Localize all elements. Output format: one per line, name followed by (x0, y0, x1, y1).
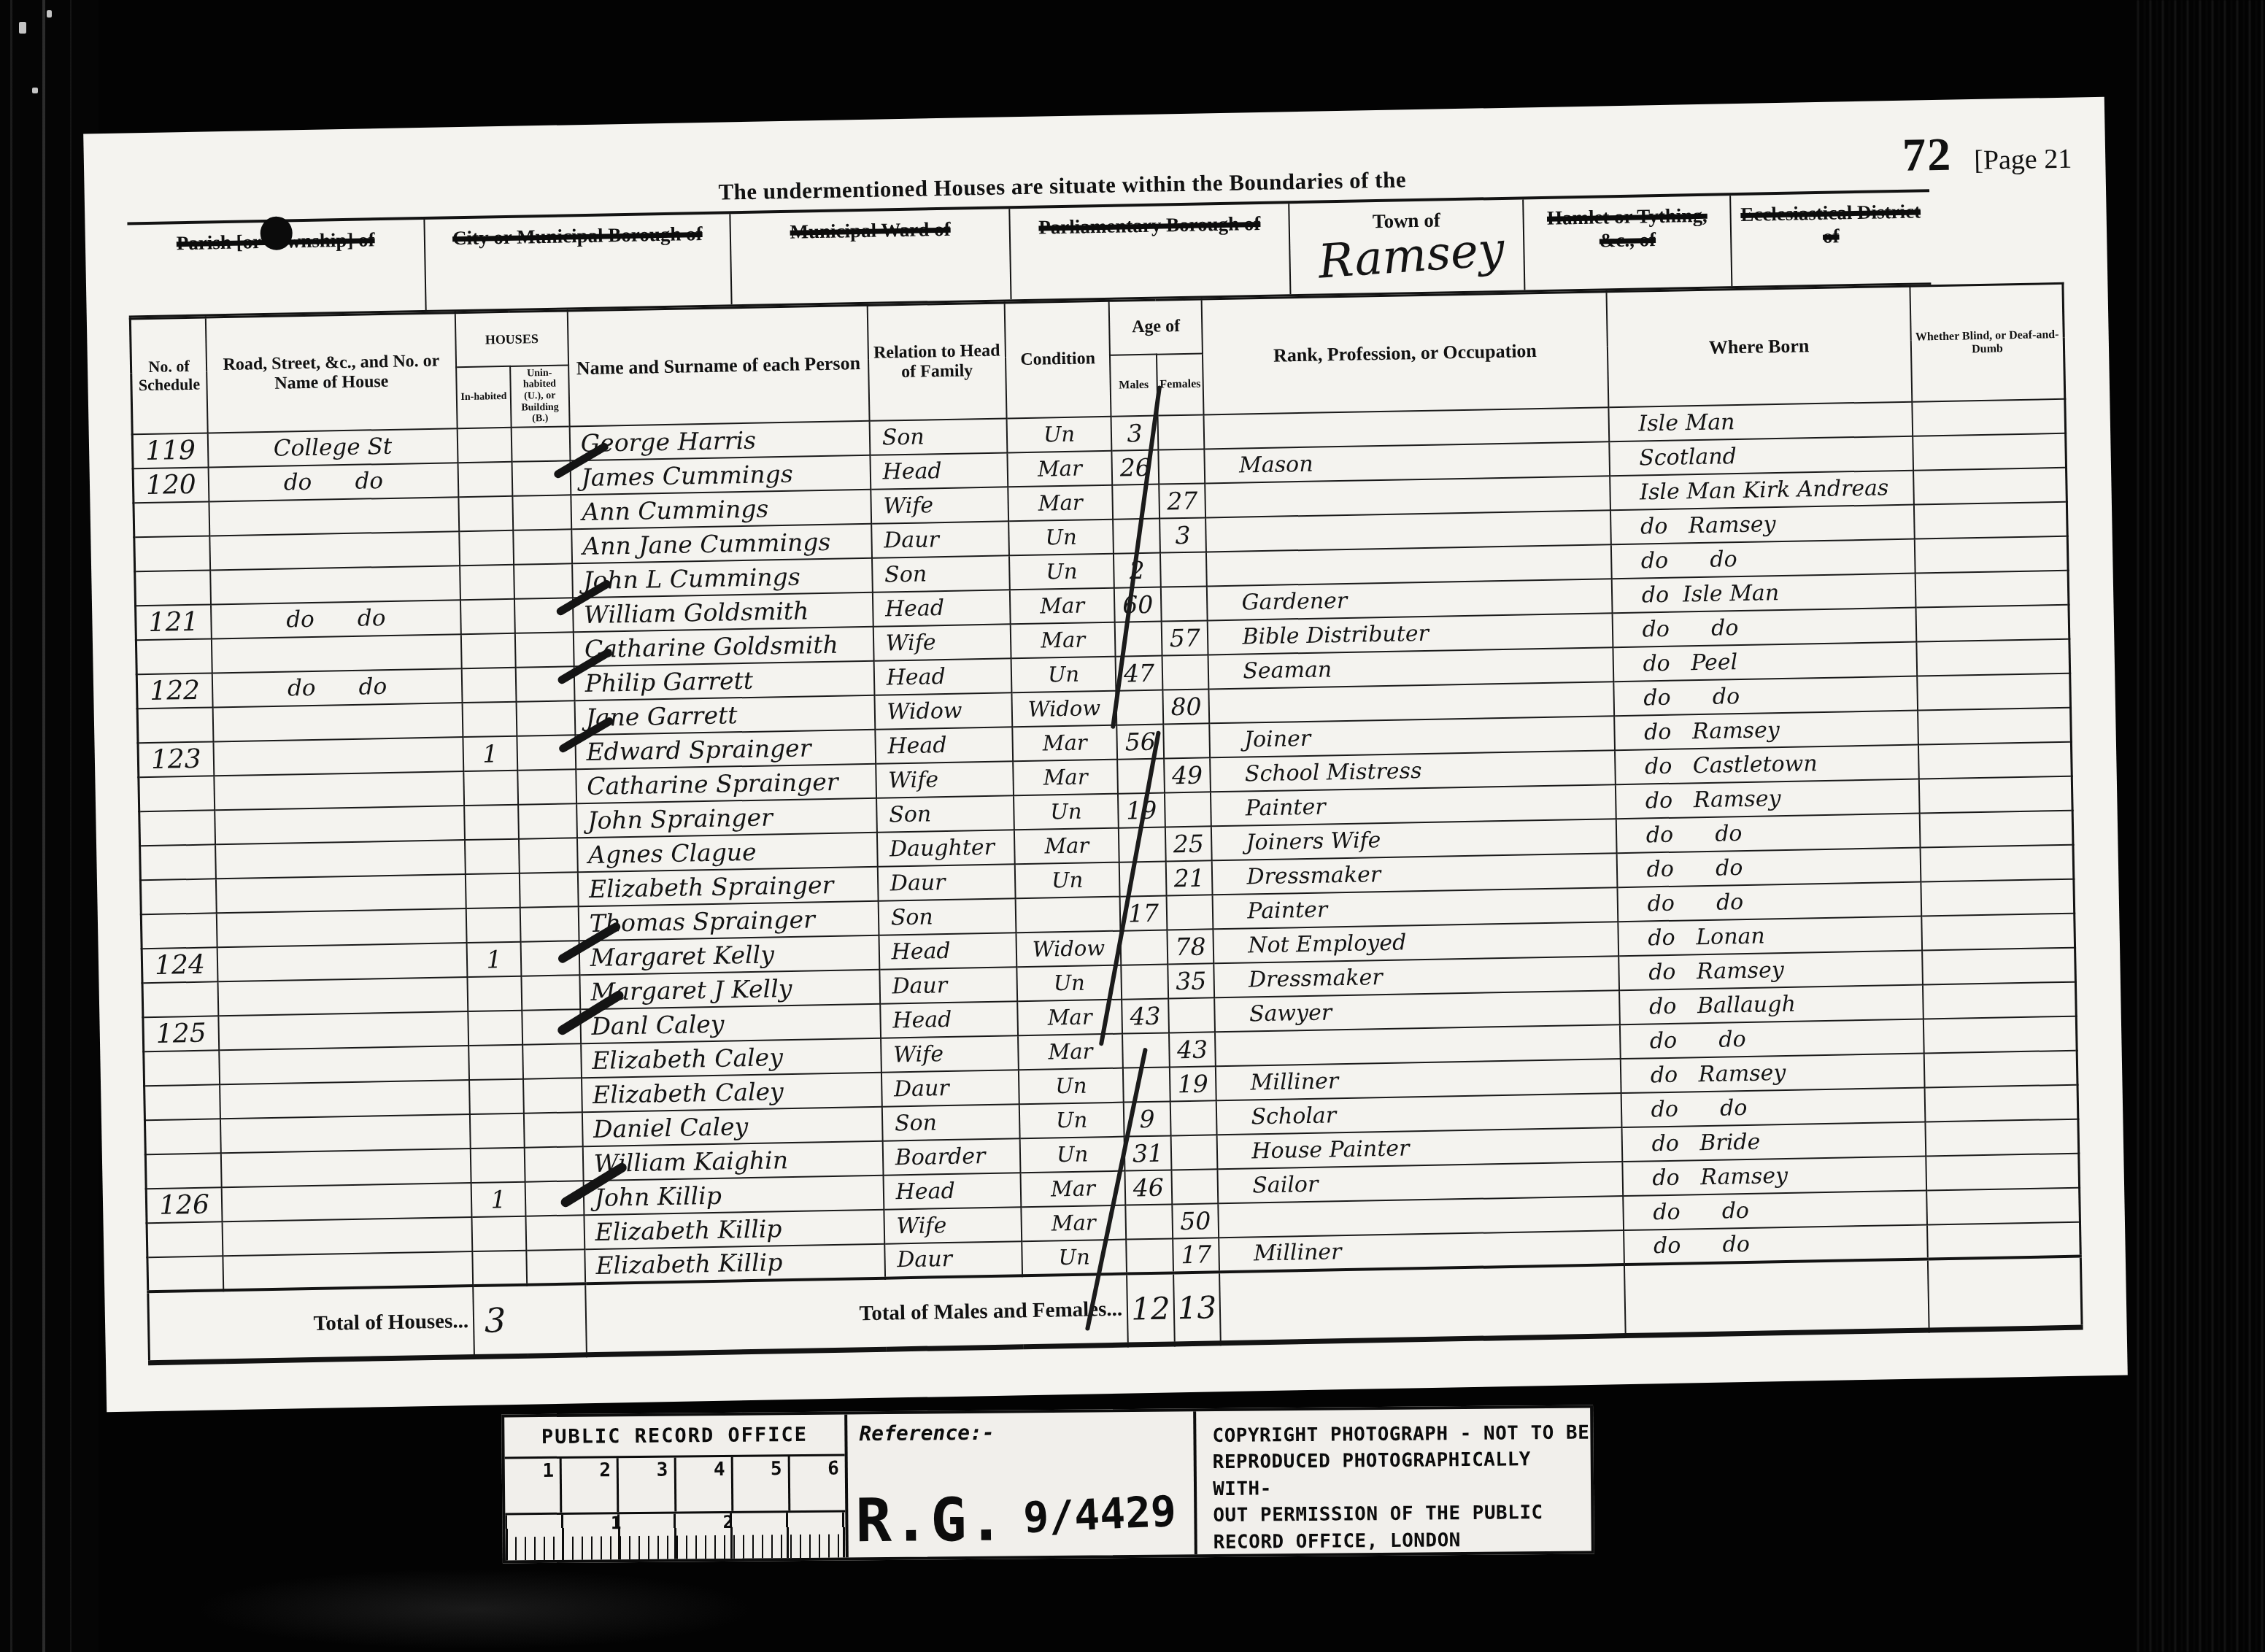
cell-where-born: do Ballaugh (1619, 984, 1923, 1024)
cell-road: do do (212, 668, 463, 707)
cell-age-male: 43 (1122, 998, 1168, 1033)
reference-piece: 9/4429 (1022, 1486, 1177, 1543)
cell-relation: Head (880, 1001, 1018, 1038)
col-road: Road, Street, &c., and No. or Name of Ho… (206, 313, 458, 433)
cell-relation: Head (875, 727, 1013, 763)
cell-relation: Boarder (882, 1138, 1020, 1175)
cell-age-female (1165, 792, 1211, 827)
cell-blind (1917, 673, 2070, 711)
cell-road (210, 566, 460, 604)
cell-relation: Widow (874, 692, 1012, 729)
cell-blind (1926, 1188, 2080, 1225)
cell-schedule (134, 536, 210, 571)
cell-where-born: do Ramsey (1620, 1053, 1924, 1093)
cell-uninhabited (519, 838, 577, 873)
cell-where-born: do do (1616, 813, 1920, 853)
cell-age-male (1122, 1032, 1169, 1068)
cell-relation: Head (873, 658, 1011, 695)
cell-uninhabited (521, 941, 579, 976)
cell-age-male: 2 (1114, 552, 1160, 587)
cell-condition: Mar (1020, 1170, 1125, 1207)
cell-condition: Mar (1007, 451, 1112, 487)
cell-relation: Head (873, 590, 1011, 626)
cell-condition: Widow (1016, 931, 1121, 968)
cell-relation: Son (878, 898, 1016, 935)
page-number-label: [Page 21 (1974, 144, 2072, 176)
cell-relation: Wife (884, 1207, 1022, 1243)
cell-uninhabited (527, 1249, 585, 1284)
cell-where-born: do Isle Man (1611, 573, 1915, 613)
cell-name: Daniel Caley (582, 1107, 883, 1147)
cell-inhabited (468, 1045, 523, 1080)
cell-uninhabited (513, 495, 571, 530)
cell-condition: Mar (1018, 1033, 1123, 1070)
cell-uninhabited (523, 1078, 582, 1113)
cell-where-born: do do (1620, 1019, 1924, 1059)
cell-inhabited (466, 873, 520, 908)
cell-road (212, 634, 462, 673)
pro-office-name: PUBLIC RECORD OFFICE (504, 1414, 844, 1456)
cell-schedule: 121 (136, 604, 212, 640)
cell-road: College St (208, 428, 458, 467)
col-inhabited: In-habited (456, 366, 512, 428)
cell-relation: Son (876, 795, 1014, 832)
cell-relation: Daur (884, 1241, 1022, 1278)
cell-uninhabited (514, 563, 572, 598)
cell-age-female: 43 (1169, 1032, 1216, 1067)
cell-inhabited (458, 428, 512, 463)
cell-schedule: 125 (143, 1016, 219, 1051)
cell-uninhabited (522, 1043, 581, 1078)
cell-age-male: 17 (1120, 895, 1167, 930)
cell-name: Elizabeth Caley (582, 1073, 882, 1113)
cell-uninhabited (518, 803, 576, 838)
cell-name: Elizabeth Sprainger (578, 867, 879, 907)
cell-name: Elizabeth Caley (581, 1038, 881, 1078)
cell-blind (1912, 399, 2065, 436)
cell-age-female (1170, 1100, 1217, 1135)
cell-road (217, 943, 468, 981)
cell-age-male (1116, 690, 1163, 725)
cell-inhabited (471, 1216, 526, 1251)
cell-blind (1920, 845, 2073, 882)
cell-schedule (144, 1119, 220, 1154)
cell-age-female (1158, 449, 1205, 484)
cell-relation: Wife (881, 1035, 1019, 1072)
ruler-inches: 1 2 3 4 5 6 (505, 1454, 846, 1515)
cell-uninhabited (524, 1112, 582, 1147)
cell-inhabited: 1 (463, 736, 517, 771)
cell-relation: Wife (873, 624, 1011, 660)
cell-age-female: 3 (1159, 517, 1206, 552)
cell-name: George Harris (569, 421, 870, 461)
cell-inhabited (458, 462, 512, 497)
cell-condition: Mar (1014, 828, 1119, 865)
cell-blind (1918, 708, 2071, 745)
cell-uninhabited (522, 1009, 580, 1044)
cell-age-male: 60 (1114, 587, 1161, 622)
cell-uninhabited (517, 735, 576, 770)
cell-inhabited (465, 839, 520, 874)
total-mf-label: Total of Males and Females... (585, 1273, 1128, 1355)
cell-road (212, 703, 463, 741)
cell-schedule (135, 570, 211, 606)
cell-schedule: 123 (138, 741, 214, 777)
col-houses: HOUSES (455, 311, 568, 367)
cell-road (209, 497, 459, 536)
field-municipal-ward: Municipal Ward of (731, 209, 1012, 304)
cell-uninhabited (513, 529, 571, 564)
cell-uninhabited (512, 426, 570, 461)
cell-uninhabited (525, 1181, 584, 1216)
cell-blind (1914, 502, 2067, 539)
field-ecclesiastical-district: Ecclesiastical District of (1731, 192, 1931, 286)
cell-condition: Un (1008, 520, 1114, 556)
cell-age-female: 49 (1164, 757, 1211, 792)
cell-schedule (139, 776, 215, 811)
cell-age-male (1117, 758, 1164, 793)
cell-schedule (134, 501, 209, 537)
cell-where-born: do do (1613, 676, 1918, 716)
cell-inhabited (460, 565, 514, 600)
cell-age-male: 26 (1112, 449, 1159, 485)
cell-blind (1918, 742, 2072, 779)
cell-road (215, 840, 466, 879)
cell-schedule (136, 638, 212, 674)
cell-condition: Widow (1011, 691, 1116, 727)
field-hamlet: Hamlet or Tything, &c., of (1524, 196, 1732, 290)
cell-schedule: 122 (136, 673, 212, 709)
film-speck (19, 22, 26, 34)
cell-age-male (1119, 827, 1165, 862)
cell-inhabited (463, 702, 517, 737)
cell-condition: Un (1015, 862, 1120, 899)
cell-road (220, 1114, 471, 1153)
cell-inhabited (471, 1148, 525, 1183)
cell-inhabited (466, 908, 521, 943)
cell-inhabited (462, 668, 517, 703)
cell-inhabited (459, 530, 514, 566)
cell-road: do do (208, 463, 458, 501)
cell-age-male (1113, 518, 1159, 553)
cell-uninhabited (520, 872, 578, 907)
cell-uninhabited (526, 1215, 584, 1250)
cell-age-male (1112, 484, 1159, 519)
col-age: Age of (1109, 299, 1203, 355)
pro-office-box: PUBLIC RECORD OFFICE 1 2 3 4 5 6 1 2 (504, 1414, 849, 1560)
cell-blind (1920, 811, 2073, 848)
cell-inhabited (469, 1079, 524, 1114)
cell-inhabited (461, 633, 516, 668)
col-blind: Whether Blind, or Deaf-and-Dumb (1910, 283, 2064, 401)
cell-blind (1926, 1154, 2079, 1191)
cell-schedule (142, 981, 218, 1017)
cell-age-female (1161, 586, 1208, 621)
field-municipal-borough: City or Municipal Borough of (425, 214, 733, 310)
field-town: Town of Ramsey (1289, 199, 1525, 294)
film-speck (47, 10, 52, 18)
cell-schedule (137, 707, 213, 743)
cell-relation: Daur (877, 864, 1015, 900)
cell-uninhabited (525, 1146, 583, 1181)
cell-where-born: do do (1610, 539, 1915, 579)
cell-age-female (1160, 552, 1207, 587)
cell-name: William Kaighin (582, 1141, 883, 1181)
col-born: Where Born (1606, 286, 1912, 407)
cell-age-female (1163, 723, 1210, 758)
cell-where-born: do Lonan (1618, 916, 1922, 956)
cell-name: James Cummings (570, 455, 871, 495)
cell-schedule (139, 810, 215, 846)
cell-road (216, 874, 466, 913)
cell-where-born: do Castletown (1615, 744, 1919, 784)
cell-age-male: 47 (1116, 655, 1162, 690)
cell-blind (1925, 1119, 2078, 1157)
cell-condition: Un (1019, 1102, 1124, 1138)
cell-road (220, 1080, 470, 1119)
cell-road (215, 806, 465, 844)
cell-condition: Un (1019, 1068, 1124, 1104)
cell-uninhabited (512, 460, 571, 495)
cell-condition: Mar (1013, 760, 1118, 796)
film-edge-left (0, 0, 99, 1652)
cell-condition: Un (1016, 965, 1122, 1002)
cell-name: Margaret J Kelly (579, 970, 880, 1010)
cell-schedule: 124 (142, 947, 217, 983)
pro-stamp-strip: PUBLIC RECORD OFFICE 1 2 3 4 5 6 1 2 Ref… (501, 1405, 1594, 1563)
cell-age-female: 35 (1168, 963, 1214, 998)
cell-age-female: 25 (1165, 826, 1212, 861)
cell-uninhabited (516, 666, 574, 701)
cell-blind (1922, 948, 2075, 985)
col-females: Females (1157, 353, 1204, 416)
cell-condition: Un (1009, 554, 1114, 590)
col-condition: Condition (1005, 301, 1111, 418)
cell-schedule (144, 1050, 220, 1086)
cell-blind (1921, 879, 2074, 916)
cell-name: John L Cummings (572, 558, 873, 598)
cell-age-male (1119, 861, 1166, 896)
cell-road (213, 737, 463, 776)
cell-schedule: 120 (133, 467, 209, 503)
cell-where-born: do do (1612, 607, 1916, 647)
cell-age-female (1168, 997, 1215, 1032)
cell-relation: Wife (876, 761, 1014, 798)
cell-blind (1927, 1221, 2080, 1259)
cell-name: Elizabeth Killip (584, 1244, 885, 1284)
cell-condition: Mar (1011, 622, 1116, 659)
film-smudge (197, 1569, 752, 1649)
cell-where-born: do do (1617, 881, 1921, 922)
cell-blind (1915, 536, 2068, 574)
copyright-notice: COPYRIGHT PHOTOGRAPH - NOT TO BE REPRODU… (1196, 1408, 1591, 1555)
cell-where-born: Scotland (1609, 436, 1913, 476)
cell-blind (1913, 433, 2066, 471)
cell-relation: Head (870, 452, 1008, 489)
cell-road (209, 531, 460, 570)
cell-condition: Un (1020, 1136, 1125, 1173)
cell-age-female: 57 (1161, 620, 1208, 655)
cell-age-male (1125, 1204, 1172, 1239)
cell-blind (1921, 914, 2075, 951)
cell-schedule: 119 (132, 433, 208, 468)
film-speck (32, 88, 38, 93)
col-relation: Relation to Head of Family (867, 303, 1006, 421)
cell-name: Agnes Clague (577, 833, 878, 873)
cell-name: Margaret Kelly (579, 935, 879, 976)
col-males: Males (1110, 354, 1157, 417)
census-rows: 119 College St George Harris Son Un 3 Is… (132, 399, 2080, 1292)
cell-where-born: Isle Man (1608, 402, 1913, 442)
cell-inhabited (472, 1251, 527, 1286)
col-uninhabited: Unin-habited (U.), or Building (B.) (510, 365, 569, 428)
cell-schedule (145, 1153, 221, 1189)
cell-age-female (1171, 1169, 1218, 1204)
cell-age-male: 31 (1124, 1135, 1171, 1170)
cell-condition: Mar (1017, 1000, 1122, 1036)
cell-uninhabited (522, 975, 580, 1010)
total-males: 12 (1127, 1273, 1174, 1345)
cell-where-born: do do (1616, 847, 1921, 887)
cell-inhabited (463, 771, 518, 806)
cell-relation: Son (869, 418, 1007, 455)
cell-age-female: 78 (1167, 929, 1213, 964)
cell-condition (1016, 897, 1121, 933)
cell-condition: Mar (1010, 588, 1115, 625)
cell-name: Ann Cummings (571, 490, 871, 530)
cell-road: do do (211, 600, 461, 638)
cell-name: Thomas Sprainger (578, 901, 879, 941)
cell-name: Danl Caley (580, 1004, 881, 1044)
cell-inhabited (464, 805, 519, 840)
cell-name: Elizabeth Killip (584, 1210, 884, 1250)
cell-blind (1915, 605, 2069, 642)
cell-blind (1916, 639, 2069, 676)
cell-road (217, 908, 467, 947)
cell-age-male: 9 (1124, 1101, 1170, 1136)
total-houses-value: 3 (473, 1284, 587, 1357)
cell-name: John Sprainger (576, 798, 877, 838)
cell-where-born: do Peel (1613, 641, 1917, 682)
cell-inhabited (467, 976, 522, 1011)
cell-name: John Killip (583, 1176, 884, 1216)
cell-road (218, 1011, 468, 1050)
cell-age-female (1166, 895, 1213, 930)
cell-age-male (1121, 964, 1168, 999)
cell-relation: Daur (871, 521, 1009, 557)
cell-condition: Un (1007, 417, 1112, 453)
cell-where-born: do do (1621, 1087, 1925, 1127)
cell-blind (1923, 982, 2076, 1019)
cell-relation: Head (883, 1173, 1021, 1209)
reference-series: R.G. (855, 1486, 1006, 1556)
cell-age-male: 56 (1116, 724, 1163, 759)
cell-age-male (1115, 621, 1162, 656)
cell-relation: Daur (881, 1070, 1019, 1106)
cell-relation: Son (872, 555, 1010, 592)
total-houses-label: Total of Houses... (148, 1286, 474, 1363)
cell-name: Jane Garrett (574, 695, 875, 736)
cell-inhabited (470, 1113, 525, 1149)
cell-inhabited (468, 1011, 522, 1046)
cell-age-male: 3 (1111, 415, 1158, 450)
scanned-census-photograph: { "page": { "heading": "The undermention… (0, 0, 2265, 1652)
cell-road (221, 1149, 471, 1187)
cell-blind (1913, 468, 2067, 505)
cell-uninhabited (514, 598, 573, 633)
col-name: Name and Surname of each Person (567, 305, 869, 426)
cell-where-born: do Ramsey (1622, 1156, 1926, 1196)
cell-age-female: 50 (1172, 1203, 1219, 1238)
cell-blind (1923, 1016, 2077, 1054)
cell-where-born: do Ramsey (1618, 950, 1923, 990)
cell-name: Catharine Goldsmith (574, 627, 874, 667)
cell-inhabited: 1 (467, 942, 522, 977)
cell-relation: Head (879, 933, 1016, 969)
cell-blind (1924, 1085, 2077, 1122)
cell-schedule (140, 879, 216, 914)
col-schedule: No. of Schedule (130, 317, 207, 434)
cell-condition: Un (1022, 1239, 1127, 1275)
cell-age-female: 17 (1173, 1238, 1219, 1273)
folio-number: 72 (1902, 128, 1952, 181)
cell-blind (1915, 571, 2069, 608)
cell-where-born: do Ramsey (1614, 710, 1918, 750)
cell-road (219, 1046, 469, 1084)
cell-name: Ann Jane Cummings (571, 524, 872, 564)
cell-condition: Mar (1008, 485, 1113, 522)
cell-where-born: do do (1623, 1190, 1927, 1230)
cell-age-female (1162, 655, 1208, 690)
cell-where-born: Isle Man Kirk Andreas (1610, 471, 1914, 511)
cell-relation: Daur (879, 967, 1017, 1003)
cell-where-born: do Ramsey (1615, 779, 1919, 819)
cell-condition: Un (1014, 794, 1119, 830)
cell-relation: Son (882, 1104, 1020, 1140)
census-page: The undermentioned Houses are situate wi… (83, 97, 2128, 1412)
film-edge-right (2137, 0, 2265, 1652)
cell-inhabited (460, 599, 515, 634)
cell-uninhabited (517, 769, 576, 804)
cell-blind (1924, 1051, 2077, 1088)
pro-reference-box: Reference:- R.G. 9/4429 (847, 1411, 1197, 1557)
cell-name: Catharine Sprainger (576, 764, 876, 804)
cell-condition: Mar (1021, 1205, 1126, 1241)
cell-schedule (140, 844, 216, 880)
cell-schedule (144, 1084, 220, 1120)
cell-condition: Un (1011, 657, 1116, 693)
cell-uninhabited (520, 906, 579, 941)
field-parliamentary-borough: Parliamentary Borough of (1011, 204, 1292, 299)
cell-schedule (147, 1256, 223, 1292)
cell-age-female: 19 (1170, 1066, 1216, 1101)
cell-age-female (1170, 1135, 1217, 1170)
cell-road (222, 1217, 472, 1256)
cell-age-male: 46 (1125, 1170, 1172, 1205)
census-table: No. of Schedule Road, Street, &c., and N… (129, 282, 2083, 1366)
cell-uninhabited (515, 632, 574, 667)
cell-condition: Mar (1012, 725, 1117, 762)
col-rank: Rank, Profession, or Occupation (1202, 292, 1608, 414)
cell-schedule (141, 913, 217, 949)
cell-name: William Goldsmith (573, 593, 873, 633)
ruler-ticks: 1 2 (505, 1512, 846, 1560)
cell-where-born: do do (1624, 1224, 1928, 1265)
cell-road (222, 1183, 472, 1221)
cell-age-male (1123, 1067, 1170, 1102)
cell-road (217, 977, 468, 1016)
cell-age-female (1157, 414, 1204, 449)
